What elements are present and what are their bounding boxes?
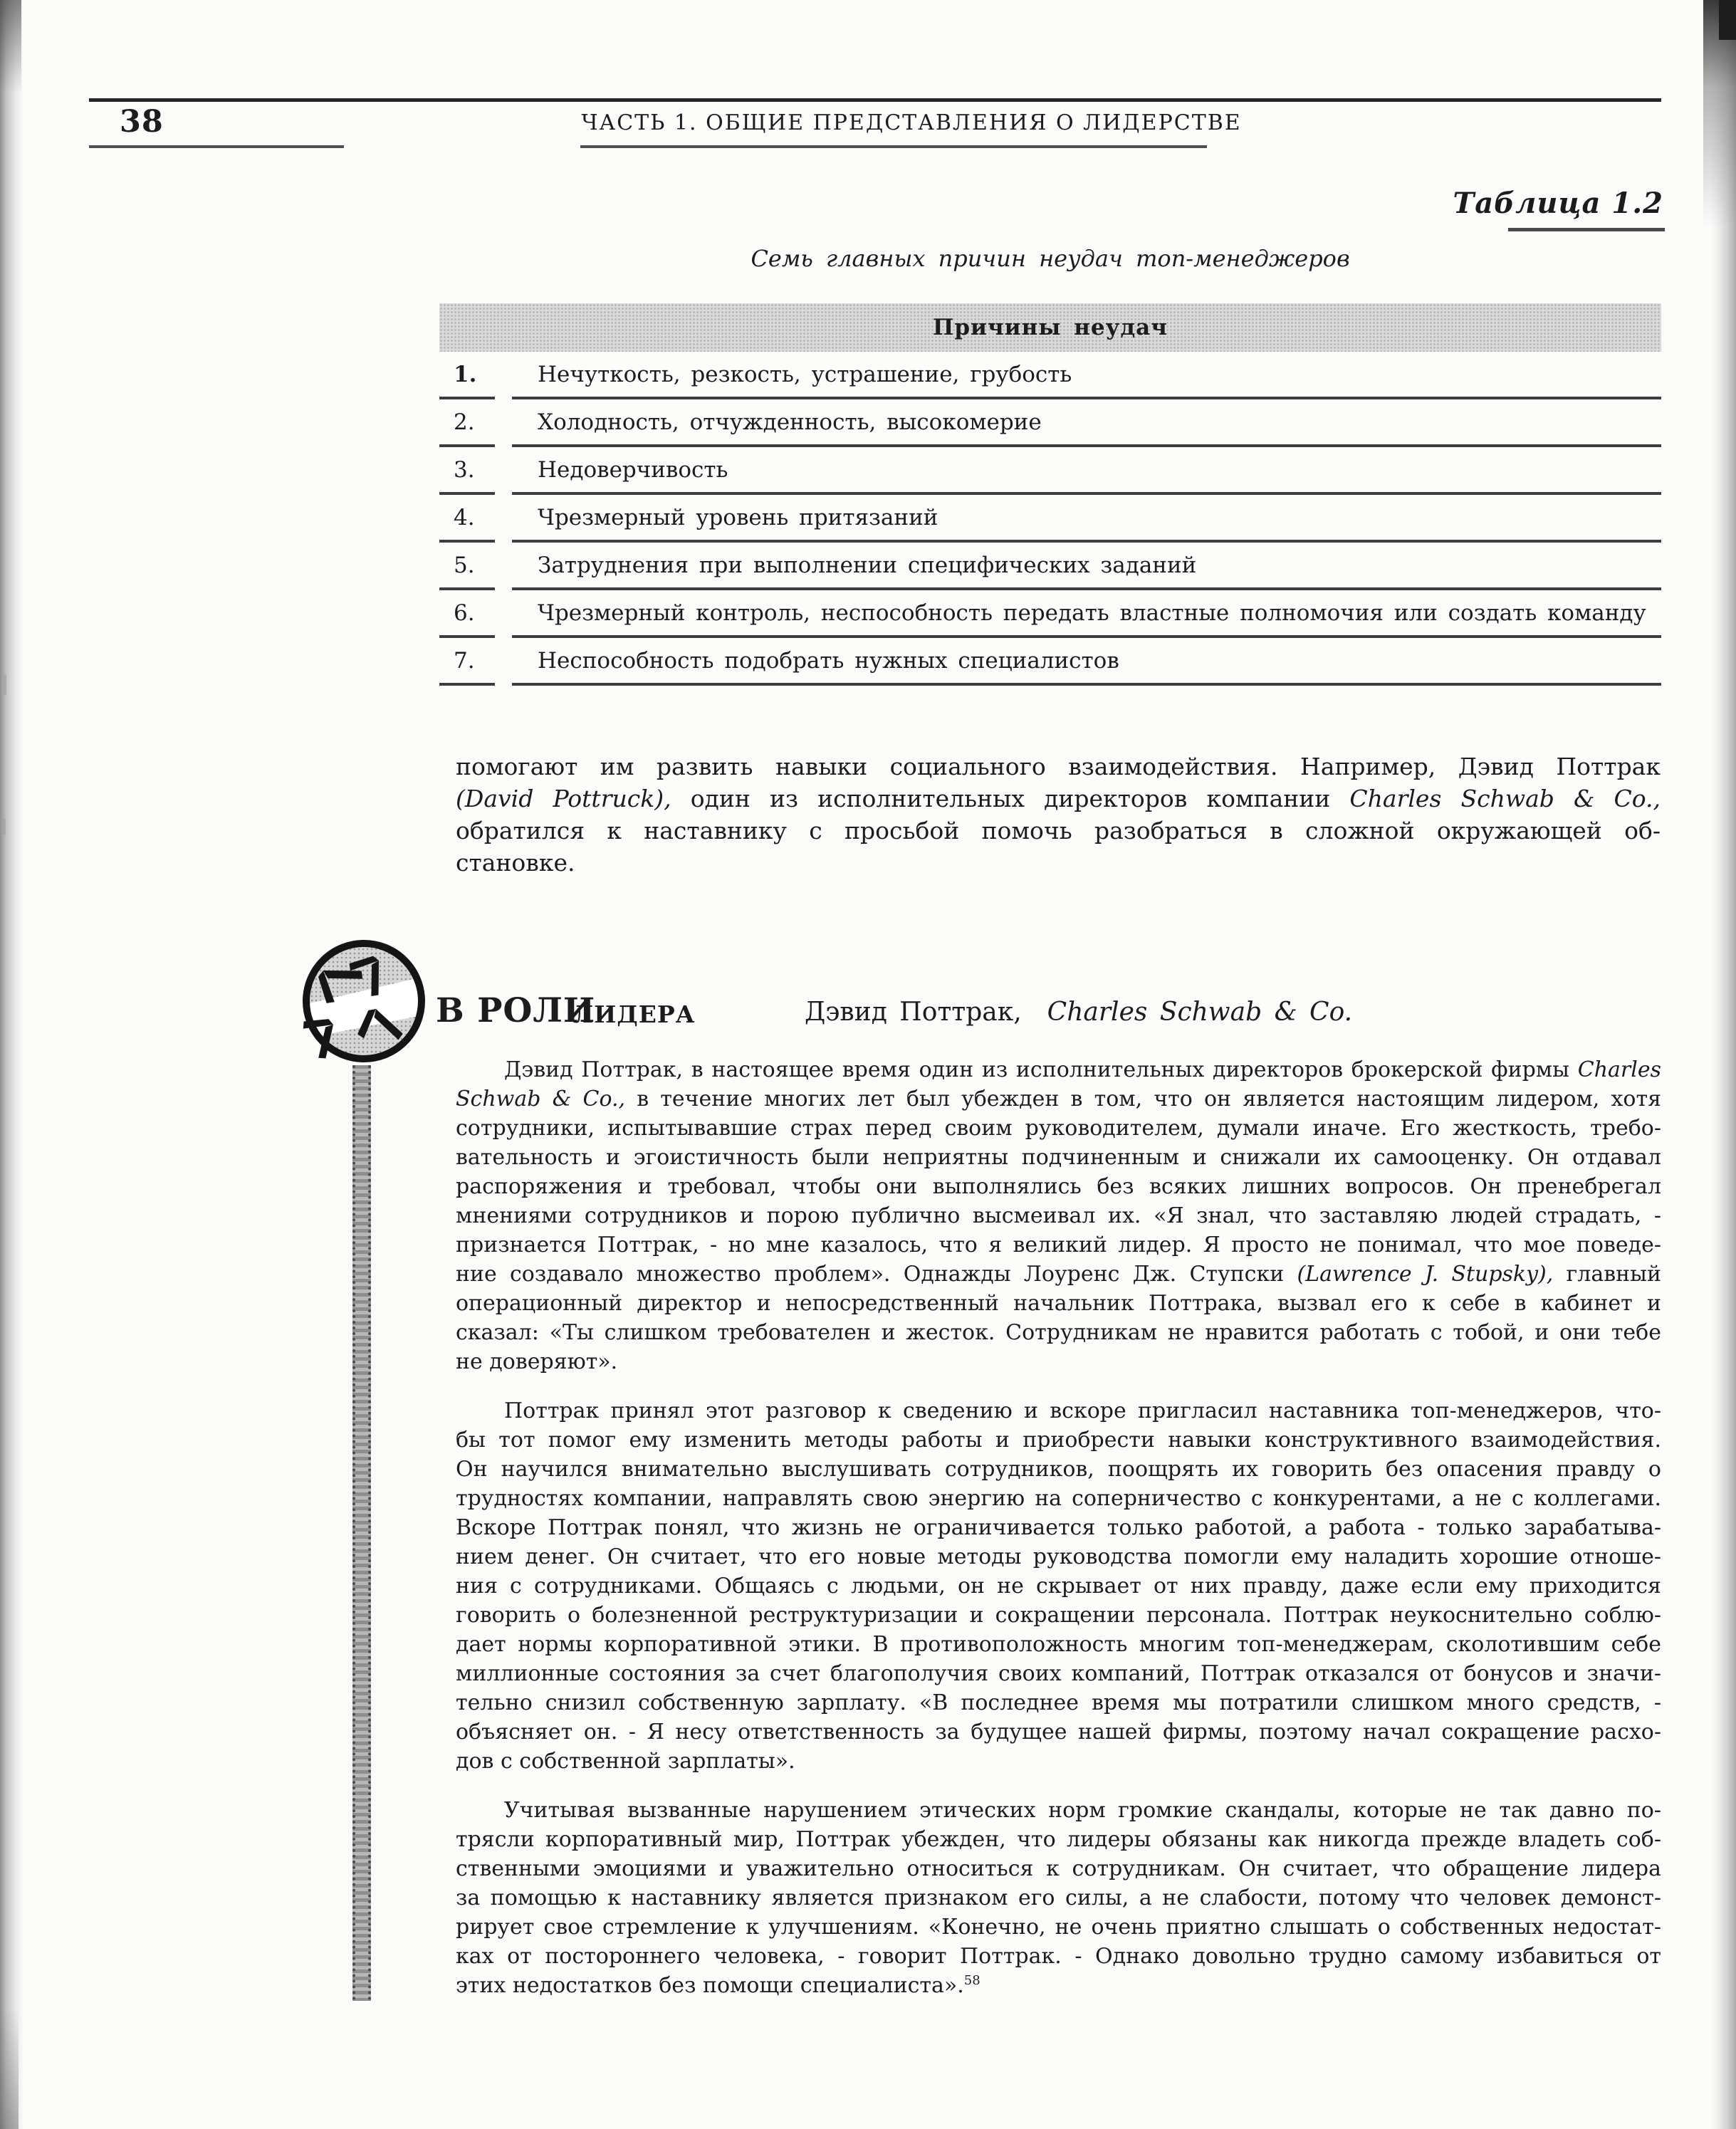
table-label: Таблица 1.2: [1211, 187, 1663, 220]
text-line: дов с собственной зарплаты».: [456, 1747, 1661, 1776]
row-text: Затруднения при выполнении специфических…: [512, 543, 1661, 590]
row-rule-gap: [495, 495, 512, 543]
text-line: Schwab & Co., в течение многих лет был у…: [456, 1084, 1661, 1114]
header-rule: [89, 98, 1661, 102]
text-line: рирует свое стремление к улучшениям. «Ко…: [456, 1913, 1661, 1942]
text-line: распоряжения и требовал, чтобы они выпол…: [456, 1172, 1661, 1201]
row-rule-gap: [495, 352, 512, 399]
text-line: операционный директор и непосредственный…: [456, 1289, 1661, 1318]
failure-reasons-table: Причины неудач 1. Нечуткость, резкость, …: [439, 303, 1661, 686]
page-number: 38: [120, 104, 164, 140]
feature-paragraph-3: Учитывая вызванные нарушением этических …: [456, 1796, 1661, 2000]
row-number: 5.: [439, 543, 495, 590]
row-text: Чрезмерный уровень притязаний: [512, 495, 1661, 543]
row-text: Холодность, отчужденность, высокомерие: [512, 399, 1661, 447]
row-rule-gap: [495, 590, 512, 638]
text-line: ках от постороннего человека, - говорит …: [456, 1942, 1661, 1971]
text-line: признается Поттрак, - но мне казалось, ч…: [456, 1230, 1661, 1260]
text-line: обратился к наставнику с просьбой помочь…: [456, 815, 1661, 847]
table-row: 7. Неспособность подобрать нужных специа…: [439, 638, 1661, 686]
feature-company-name: Charles Schwab & Co.: [1047, 998, 1352, 1027]
row-number: 4.: [439, 495, 495, 543]
text-line: помогают им развить навыки социального в…: [456, 750, 1661, 783]
table-row: 3. Недоверчивость: [439, 447, 1661, 495]
text-line: (David Pottruck), один из исполнительных…: [456, 783, 1661, 815]
scan-edge-left: [0, 0, 24, 2129]
feature-paragraph-1: Дэвид Поттрак, в настоящее время один из…: [456, 1055, 1661, 1376]
row-rule-gap: [495, 543, 512, 590]
text-line: мнениями сотрудников и порою публично вы…: [456, 1201, 1661, 1230]
row-text: Нечуткость, резкость, устрашение, грубос…: [512, 352, 1661, 399]
table-row: 2. Холодность, отчужденность, высокомери…: [439, 399, 1661, 447]
row-text: Недоверчивость: [512, 447, 1661, 495]
row-rule-gap: [495, 399, 512, 447]
feature-person-name: Дэвид Поттрак,: [805, 998, 1022, 1027]
text-line: говорить о болезненной реструктуризации …: [456, 1601, 1661, 1630]
text-line: вательность и эгоистичность были неприят…: [456, 1143, 1661, 1172]
scan-corner-top-right-mark: [1719, 0, 1736, 40]
text-line: становке.: [456, 847, 1661, 879]
table-row: 6. Чрезмерный контроль, неспособность пе…: [439, 590, 1661, 638]
text-line: ния с сотрудниками. Общаясь с людьми, он…: [456, 1571, 1661, 1601]
row-number: 7.: [439, 638, 495, 686]
text-line: объясняет он. - Я несу ответственность з…: [456, 1717, 1661, 1747]
row-number: 1.: [439, 352, 495, 399]
text-line: этих недостатков без помощи специалиста»…: [456, 1971, 1661, 2000]
text-line: ственными эмоциями и уважительно относит…: [456, 1854, 1661, 1883]
feature-body: Дэвид Поттрак, в настоящее время один из…: [456, 1055, 1661, 2000]
intro-paragraph: помогают им развить навыки социального в…: [456, 750, 1661, 879]
table-header-label: Причины неудач: [933, 315, 1168, 340]
text-line: Он научился внимательно выслушивать сотр…: [456, 1455, 1661, 1484]
table-label-underline: [1508, 228, 1665, 231]
row-number: 3.: [439, 447, 495, 495]
scan-edge-right: [1710, 0, 1736, 2129]
scan-speck: [3, 819, 6, 835]
scanned-book-page: { "colors": { "ink": "#1c1c1c", "rule": …: [0, 0, 1736, 2129]
row-number: 6.: [439, 590, 495, 638]
text-line: Вскоре Поттрак понял, что жизнь не огран…: [456, 1513, 1661, 1542]
row-text: Неспособность подобрать нужных специалис…: [512, 638, 1661, 686]
text-line: миллионные состояния за счет благополучи…: [456, 1659, 1661, 1688]
text-line: тельно снизил собственную зарплату. «В п…: [456, 1688, 1661, 1717]
feature-heading: В РОЛИ ЛИДЕРА Дэвид Поттрак,Charles Schw…: [436, 991, 1662, 1031]
header-underline-left: [89, 145, 344, 148]
feature-kicker-main: В РОЛИ: [436, 991, 595, 1030]
table-row: 4. Чрезмерный уровень притязаний: [439, 495, 1661, 543]
row-number: 2.: [439, 399, 495, 447]
scan-speck: [4, 675, 6, 695]
running-title: ЧАСТЬ 1. ОБЩИЕ ПРЕДСТАВЛЕНИЯ О ЛИДЕРСТВЕ: [456, 110, 1367, 135]
row-rule-gap: [495, 447, 512, 495]
table-rows: 1. Нечуткость, резкость, устрашение, гру…: [439, 352, 1661, 686]
text-line: нием денег. Он считает, что его новые ме…: [456, 1542, 1661, 1571]
scan-edge-left-top-shadow: [0, 0, 21, 93]
text-line: трясли корпоративный мир, Поттрак убежде…: [456, 1825, 1661, 1854]
feature-title: Дэвид Поттрак,Charles Schwab & Co.: [805, 998, 1352, 1027]
header-underline-right: [580, 145, 1207, 148]
text-line: за помощью к наставнику является признак…: [456, 1883, 1661, 1913]
text-line: дает нормы корпоративной этики. В против…: [456, 1630, 1661, 1659]
row-rule-gap: [495, 638, 512, 686]
text-line: сказал: «Ты слишком требователен и жесто…: [456, 1318, 1661, 1347]
table-header-band: Причины неудач: [439, 303, 1661, 352]
feature-paragraph-2: Поттрак принял этот разговор к сведению …: [456, 1396, 1661, 1776]
feature-sidebar-pole: [352, 1065, 371, 2001]
table-row: 5. Затруднения при выполнении специфичес…: [439, 543, 1661, 590]
table-caption: Семь главных причин неудач топ-менеджеро…: [439, 245, 1661, 272]
text-line: сотрудники, испытывавшие страх перед сво…: [456, 1114, 1661, 1143]
text-line: не доверяют».: [456, 1347, 1661, 1376]
scan-edge-left-bottom-shadow: [0, 2008, 19, 2129]
text-line: трудностях компании, направлять свою эне…: [456, 1484, 1661, 1513]
feature-kicker-sub: ЛИДЕРА: [572, 1000, 696, 1028]
birds-in-circle-icon: [298, 935, 430, 1067]
text-line: ние создавало множество проблем». Однажд…: [456, 1260, 1661, 1289]
table-row: 1. Нечуткость, резкость, устрашение, гру…: [439, 352, 1661, 399]
text-line: Дэвид Поттрак, в настоящее время один из…: [456, 1055, 1661, 1084]
row-text: Чрезмерный контроль, неспособность перед…: [512, 590, 1661, 638]
text-line: бы тот помог ему изменить методы работы …: [456, 1426, 1661, 1455]
text-line: Поттрак принял этот разговор к сведению …: [456, 1396, 1661, 1426]
text-line: Учитывая вызванные нарушением этических …: [456, 1796, 1661, 1825]
